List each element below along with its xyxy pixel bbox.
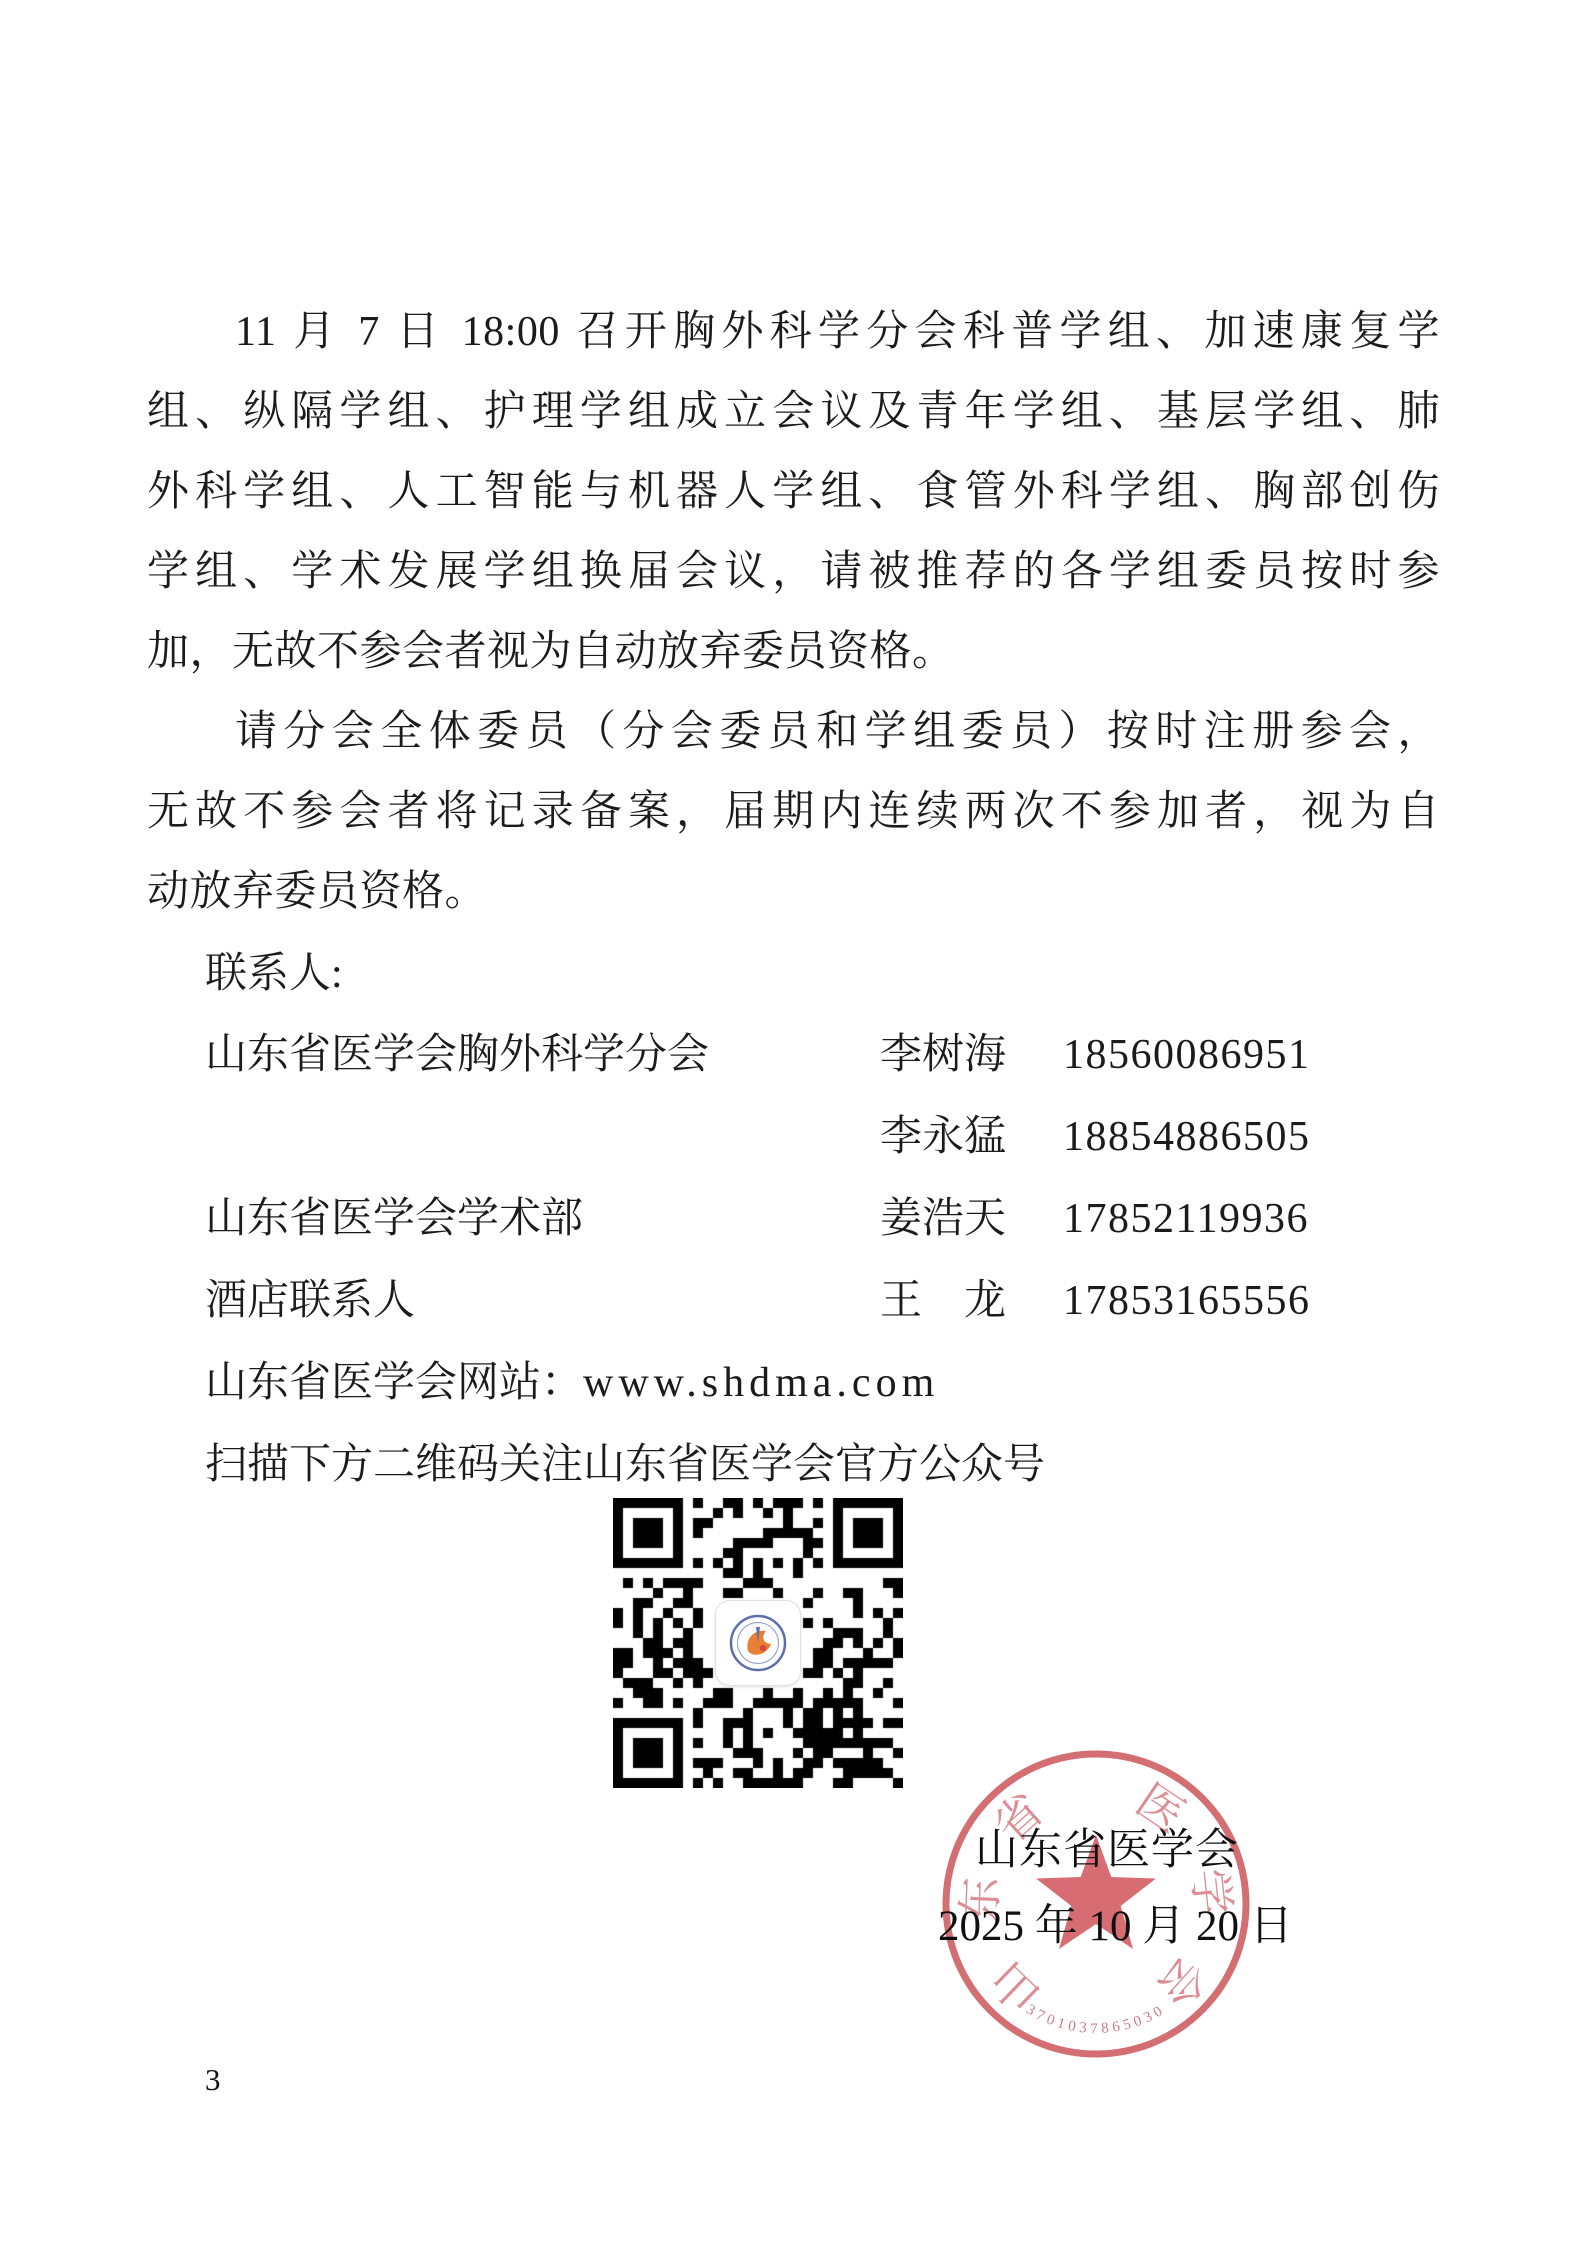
- contact-name: 李永猛: [880, 1108, 1006, 1166]
- paragraph-line: 11 月 7 日 18:00 召开胸外科学分会科普学组、加速康复学: [147, 303, 1440, 361]
- contact-row: 酒店联系人 王 龙 17853165556: [205, 1272, 1445, 1332]
- contact-phone: 17852119936: [1063, 1190, 1309, 1248]
- contact-org: 酒店联系人: [205, 1272, 415, 1330]
- document-page: 11 月 7 日 18:00 召开胸外科学分会科普学组、加速康复学 组、纵隔学组…: [0, 0, 1588, 2245]
- qr-center-badge: [716, 1601, 800, 1685]
- contacts-heading: 联系人:: [205, 945, 343, 1003]
- paragraph-line: 无故不参会者将记录备案，届期内连续两次不参加者，视为自: [147, 783, 1440, 841]
- paragraph-line: 加，无故不参会者视为自动放弃委员资格。: [147, 623, 1440, 681]
- contact-org: 山东省医学会胸外科学分会: [205, 1026, 709, 1084]
- contact-org: 山东省医学会学术部: [205, 1190, 583, 1248]
- contact-row: 山东省医学会胸外科学分会 李树海 18560086951: [205, 1026, 1445, 1086]
- paragraph-line: 外科学组、人工智能与机器人学组、食管外科学组、胸部创伤: [147, 463, 1440, 521]
- contact-phone: 18854886505: [1063, 1108, 1311, 1166]
- seal-serial-number: 3701037865030: [1023, 2002, 1169, 2037]
- page-number: 3: [205, 2062, 221, 2098]
- contact-name: 姜浩天: [880, 1190, 1006, 1248]
- contact-row: 山东省医学会学术部 姜浩天 17852119936: [205, 1190, 1445, 1250]
- website-url: www.shdma.com: [583, 1360, 939, 1406]
- qr-scan-note: 扫描下方二维码关注山东省医学会官方公众号: [205, 1436, 1045, 1494]
- paragraph-line: 组、纵隔学组、护理学组成立会议及青年学组、基层学组、肺: [147, 383, 1440, 441]
- contact-name: 王 龙: [880, 1272, 1006, 1330]
- paragraph-line: 动放弃委员资格。: [147, 863, 1440, 921]
- contact-row: 李永猛 18854886505: [205, 1108, 1445, 1168]
- website-label: 山东省医学会网站：: [205, 1360, 583, 1406]
- svg-text:3701037865030: 3701037865030: [1023, 2002, 1169, 2037]
- signature-org-name: 山东省医学会: [975, 1822, 1275, 1880]
- website-line: 山东省医学会网站：www.shdma.com: [205, 1354, 939, 1412]
- contact-phone: 17853165556: [1063, 1272, 1311, 1330]
- paragraph-line: 学组、学术发展学组换届会议，请被推荐的各学组委员按时参: [147, 543, 1440, 601]
- contact-name: 李树海: [880, 1026, 1006, 1084]
- contact-phone: 18560086951: [1063, 1026, 1311, 1084]
- paragraph-line: 请分会全体委员（分会委员和学组委员）按时注册参会，: [147, 703, 1440, 761]
- association-badge-icon: [728, 1613, 788, 1673]
- signature-date: 2025 年 10 月 20 日: [938, 1898, 1338, 1956]
